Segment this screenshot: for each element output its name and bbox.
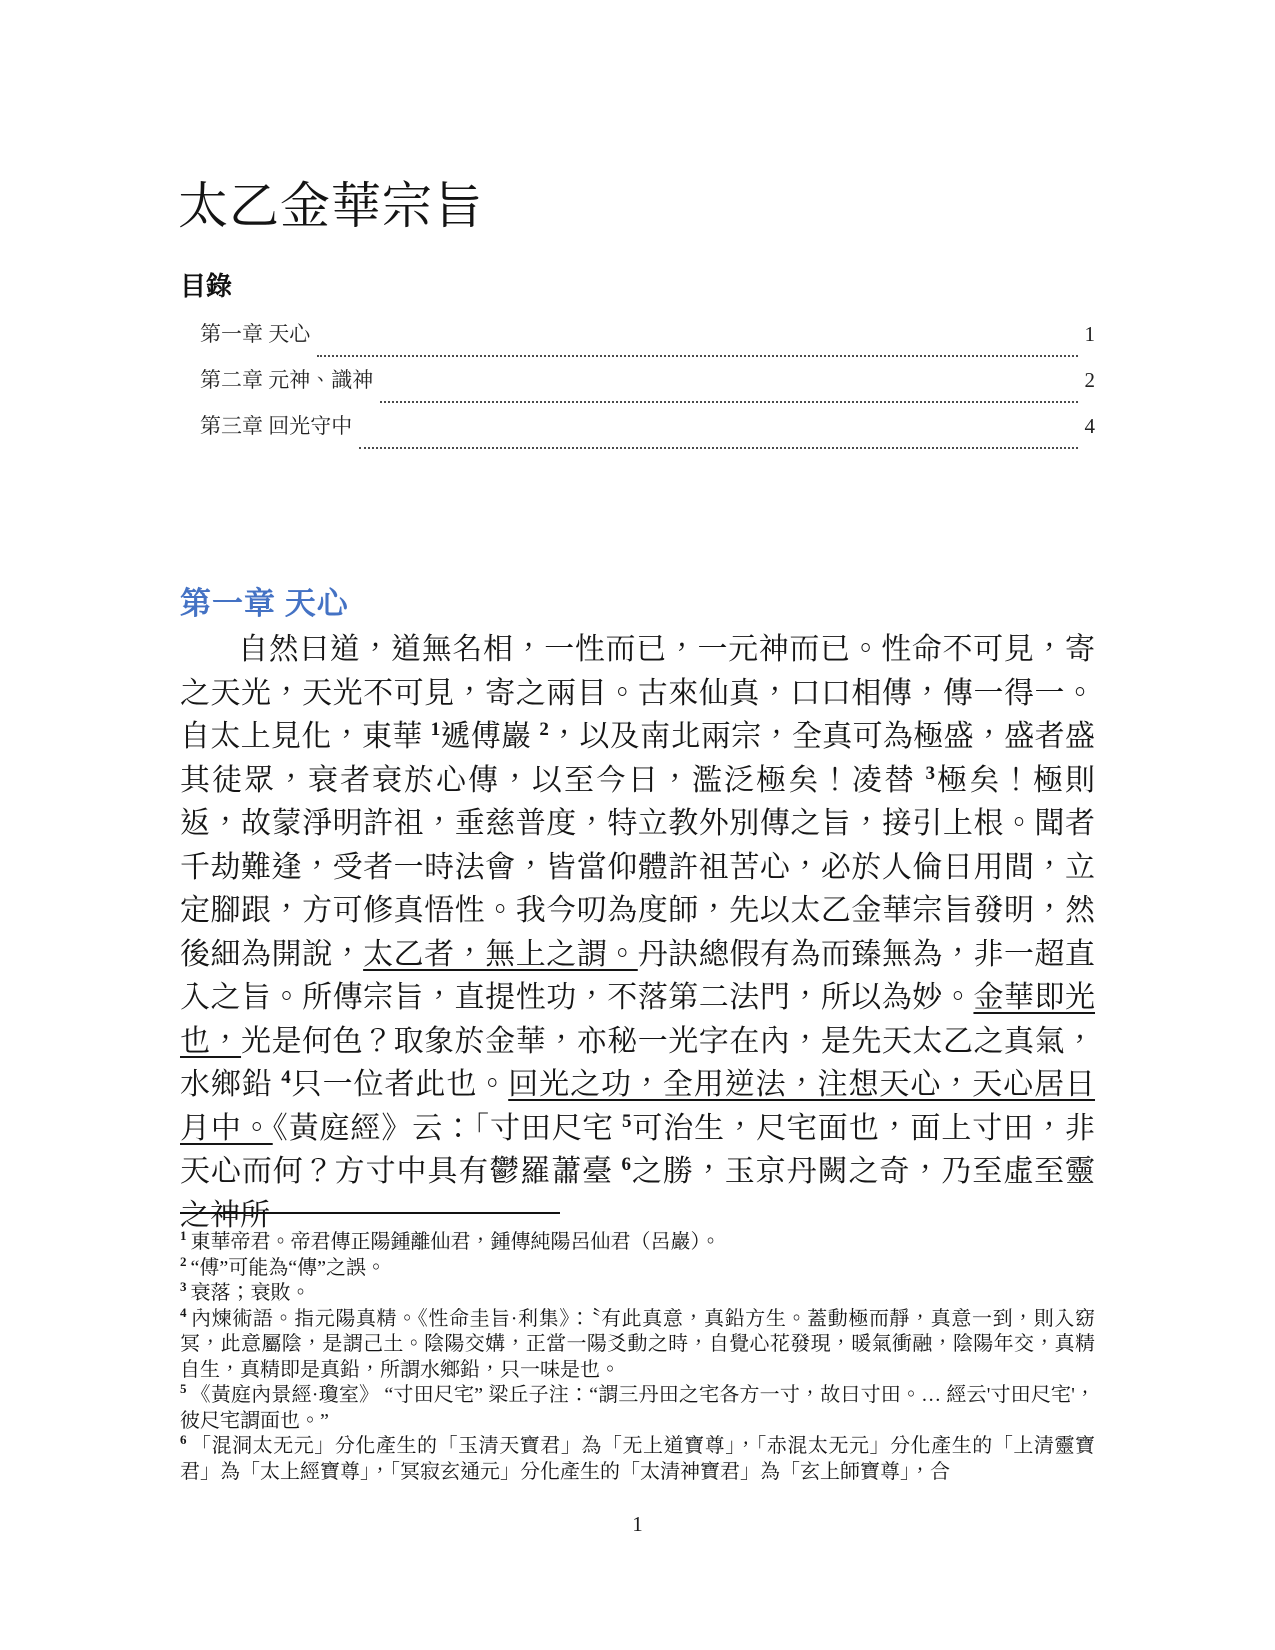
toc-page-number: 2 bbox=[1085, 368, 1096, 393]
toc-page-number: 1 bbox=[1085, 322, 1096, 347]
footnote-text: 內煉術語。指元陽真精。《性命圭旨·利集》：〝有此真意，真鉛方生。蓋動極而靜，真意… bbox=[180, 1308, 1095, 1381]
underlined-text-run: 太乙者，無上之謂。 bbox=[363, 938, 638, 971]
footnote-text: 《黃庭內景經·瓊室》 “寸田尺宅” 梁丘子注：“謂三丹田之宅各方一寸，故曰寸田。… bbox=[180, 1384, 1095, 1432]
footnote-3: 3衰落；衰敗。 bbox=[180, 1281, 1095, 1307]
footnote-marker: 1 bbox=[180, 1228, 187, 1243]
page-number-footer: 1 bbox=[0, 1512, 1275, 1537]
footnote-1: 1東華帝君。帝君傳正陽鍾離仙君，鍾傳純陽呂仙君（呂巖）。 bbox=[180, 1230, 1095, 1256]
document-page: 太乙金華宗旨 目錄 第一章 天心 1 第二章 元神、識神 2 第三章 回光守中 … bbox=[0, 0, 1275, 1650]
toc-entry-chapter-3[interactable]: 第三章 回光守中 4 bbox=[200, 410, 1095, 456]
toc-dot-leader bbox=[359, 447, 1077, 449]
footnote-5: 5《黃庭內景經·瓊室》 “寸田尺宅” 梁丘子注：“謂三丹田之宅各方一寸，故曰寸田… bbox=[180, 1383, 1095, 1434]
footnote-marker: 3 bbox=[180, 1279, 187, 1294]
toc-dot-leader bbox=[380, 401, 1077, 403]
footnote-text: 東華帝君。帝君傳正陽鍾離仙君，鍾傳純陽呂仙君（呂巖）。 bbox=[191, 1231, 721, 1253]
footnote-text: 衰落；衰敗。 bbox=[191, 1282, 311, 1304]
toc-entry-label: 第二章 元神、識神 bbox=[200, 364, 373, 394]
footnote-marker: 6 bbox=[180, 1432, 187, 1447]
footnote-reference: 3 bbox=[926, 763, 936, 784]
footnote-6: 6「混洞太无元」分化產生的「玉清天寶君」為「无上道寶尊」，「赤混太无元」分化產生… bbox=[180, 1434, 1095, 1485]
footnote-2: 2“傅”可能為“傳”之誤。 bbox=[180, 1256, 1095, 1282]
footnote-reference: 1 bbox=[431, 719, 441, 740]
document-title: 太乙金華宗旨 bbox=[178, 166, 484, 238]
footnote-marker: 5 bbox=[180, 1381, 187, 1396]
footnote-text: 「混洞太无元」分化產生的「玉清天寶君」為「无上道寶尊」，「赤混太无元」分化產生的… bbox=[180, 1435, 1095, 1483]
footnote-reference: 4 bbox=[281, 1067, 291, 1088]
toc-page-number: 4 bbox=[1085, 414, 1096, 439]
footnotes-section: 1東華帝君。帝君傳正陽鍾離仙君，鍾傳純陽呂仙君（呂巖）。 2“傅”可能為“傳”之… bbox=[180, 1230, 1095, 1485]
toc-entry-label: 第三章 回光守中 bbox=[200, 410, 352, 440]
footnote-reference: 2 bbox=[539, 719, 549, 740]
body-paragraph: 自然曰道，道無名相，一性而已，一元神而已。性命不可見，寄之天光，天光不可見，寄之… bbox=[180, 628, 1095, 1237]
chapter-heading: 第一章 天心 bbox=[180, 578, 349, 623]
body-text-run: 《黃庭經》云：「寸田尺宅 bbox=[273, 1112, 622, 1145]
footnote-marker: 2 bbox=[180, 1254, 187, 1269]
toc-entry-chapter-1[interactable]: 第一章 天心 1 bbox=[200, 318, 1095, 364]
footnote-reference: 6 bbox=[622, 1154, 632, 1175]
footnote-4: 4內煉術語。指元陽真精。《性命圭旨·利集》：〝有此真意，真鉛方生。蓋動極而靜，真… bbox=[180, 1307, 1095, 1384]
footnote-text: “傅”可能為“傳”之誤。 bbox=[191, 1257, 387, 1279]
footnote-separator-rule bbox=[180, 1212, 560, 1214]
body-text-run: 遞傅巖 bbox=[440, 720, 539, 753]
body-text-run: 只一位者此也。 bbox=[291, 1068, 508, 1101]
toc-heading: 目錄 bbox=[180, 266, 232, 303]
toc-entry-label: 第一章 天心 bbox=[200, 318, 310, 348]
toc-entry-chapter-2[interactable]: 第二章 元神、識神 2 bbox=[200, 364, 1095, 410]
footnote-marker: 4 bbox=[180, 1305, 187, 1320]
table-of-contents: 第一章 天心 1 第二章 元神、識神 2 第三章 回光守中 4 bbox=[200, 318, 1095, 456]
toc-dot-leader bbox=[317, 355, 1077, 357]
